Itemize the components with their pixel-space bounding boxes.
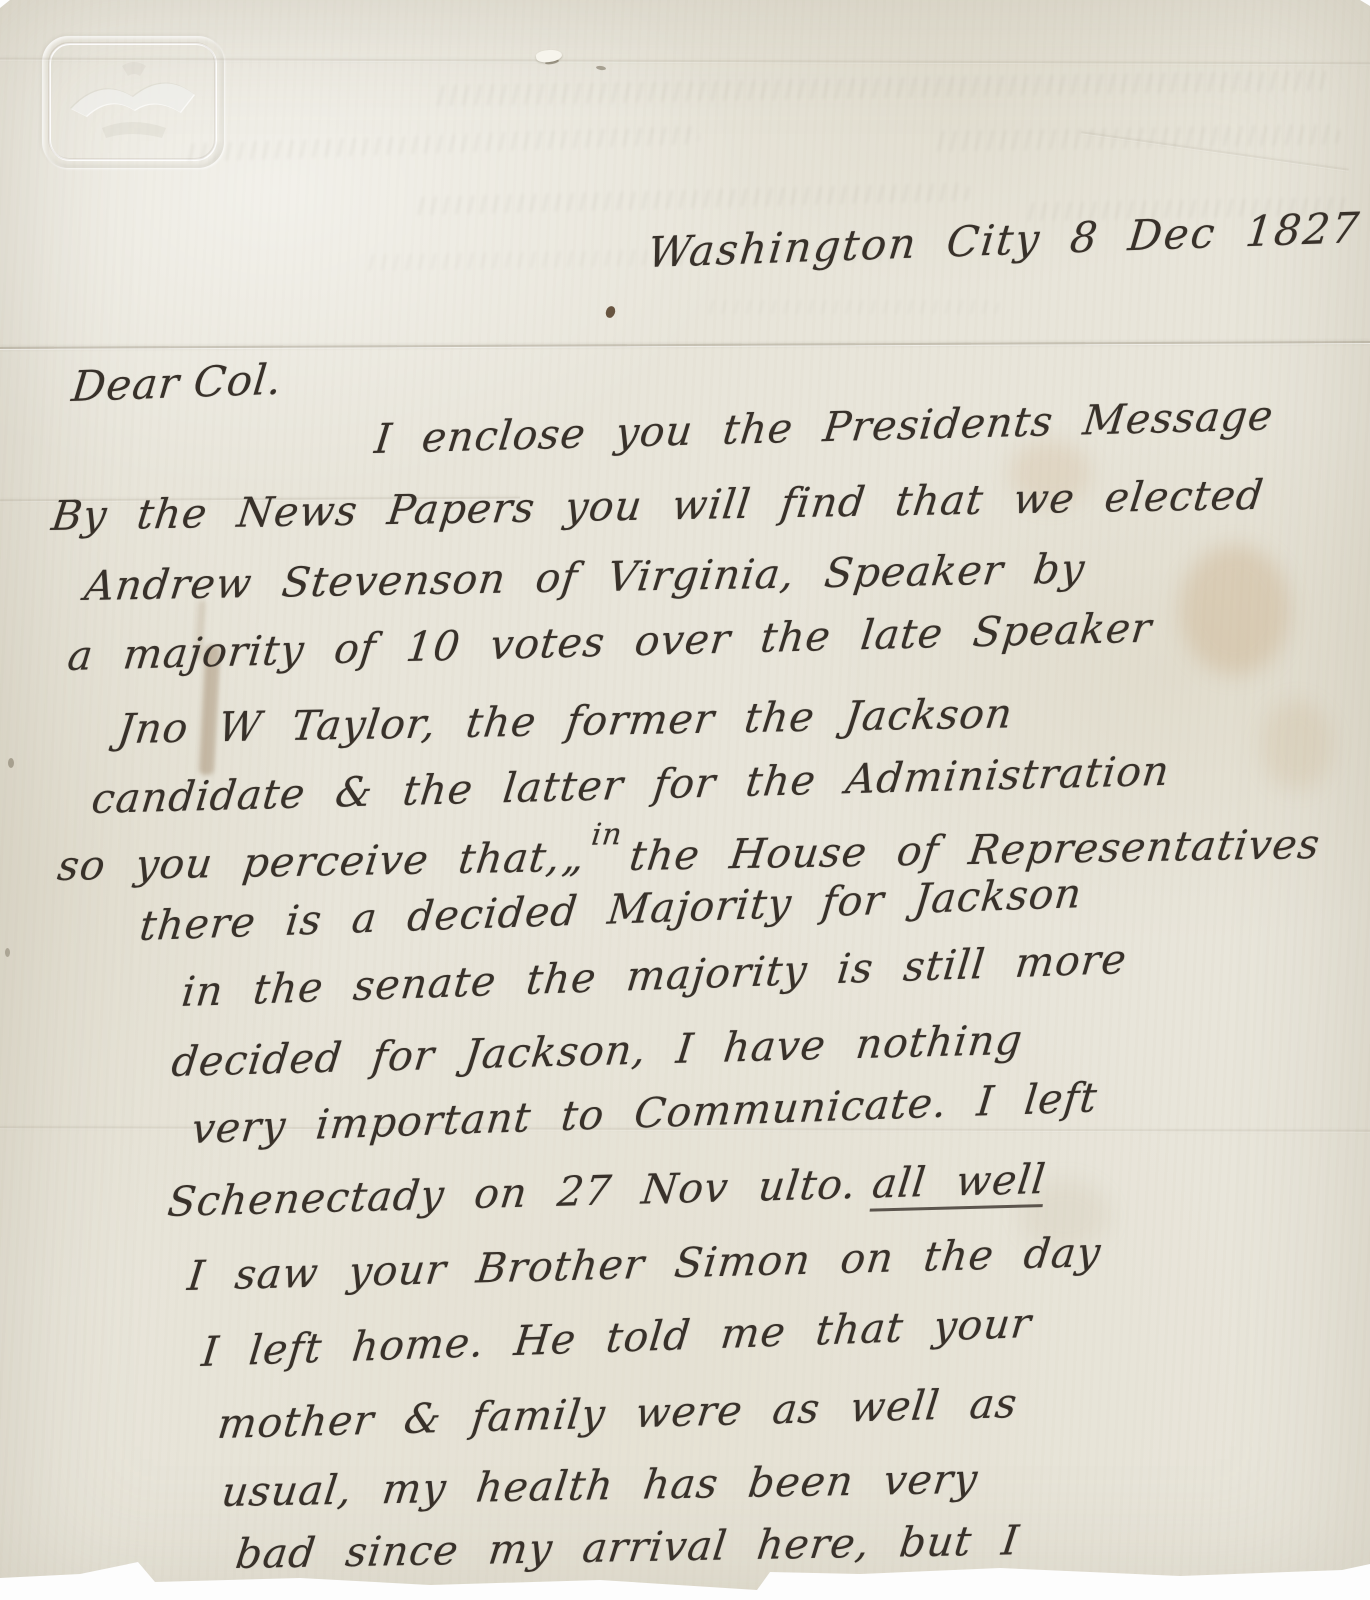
ink-showthrough bbox=[700, 300, 1000, 314]
edge-speck bbox=[5, 948, 10, 957]
underlined-phrase: all well bbox=[869, 1155, 1048, 1212]
salutation: Dear Col. bbox=[69, 355, 284, 412]
stain bbox=[1180, 545, 1290, 675]
edge-speck bbox=[8, 758, 14, 768]
scanned-letter-page: Washington City 8 Dec 1827 Dear Col. I e… bbox=[0, 0, 1370, 1600]
insertion-caret: „ bbox=[560, 833, 588, 881]
stain bbox=[1262, 700, 1332, 790]
line-text: so you perceive that, bbox=[55, 833, 564, 890]
inserted-word: in bbox=[589, 817, 624, 853]
